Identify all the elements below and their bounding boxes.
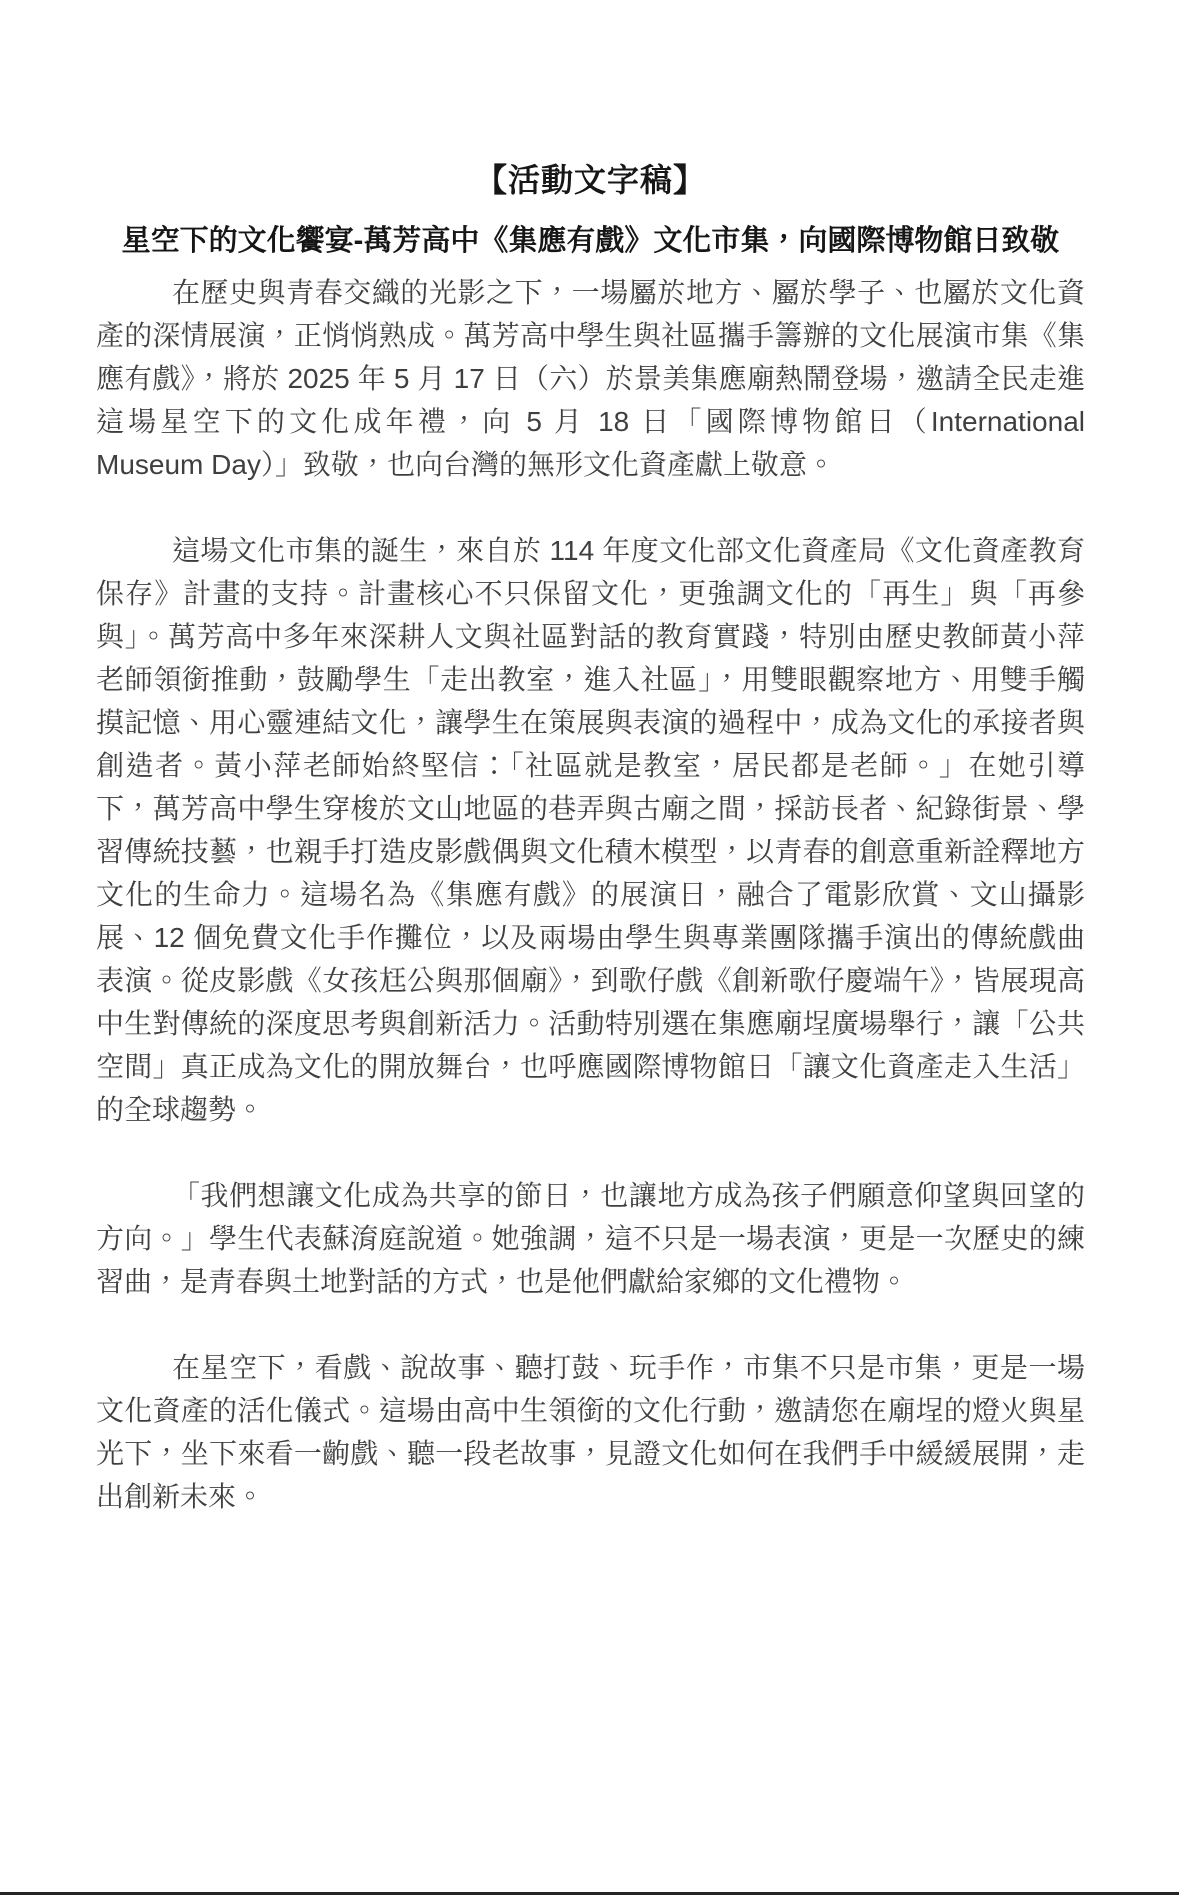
document-subtitle: 星空下的文化饗宴-萬芳高中《集應有戲》文化市集，向國際博物館日致敬 [96, 224, 1085, 258]
paragraph-intro: 在歷史與青春交織的光影之下，一場屬於地方、屬於學子、也屬於文化資產的深情展演，正… [96, 271, 1085, 486]
paragraph-closing: 在星空下，看戲、說故事、聽打鼓、玩手作，市集不只是市集，更是一場文化資產的活化儀… [96, 1346, 1085, 1518]
page-title: 【活動文字稿】 [96, 162, 1085, 198]
paragraph-background: 這場文化市集的誕生，來自於 114 年度文化部文化資產局《文化資產教育保存》計畫… [96, 529, 1085, 1131]
paragraph-student-quote: 「我們想讓文化成為共享的節日，也讓地方成為孩子們願意仰望與回望的方向。」學生代表… [96, 1174, 1085, 1303]
document-page: 【活動文字稿】 星空下的文化饗宴-萬芳高中《集應有戲》文化市集，向國際博物館日致… [0, 0, 1179, 1895]
